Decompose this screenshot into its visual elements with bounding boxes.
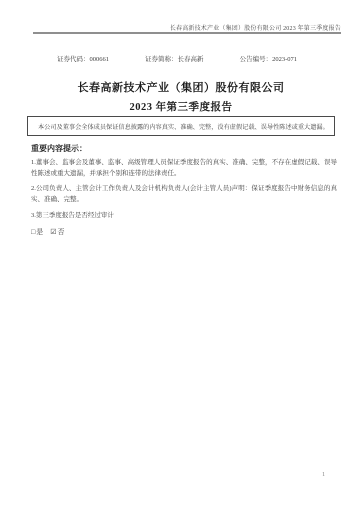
checkbox-checked-icon: ☑ [50,228,56,236]
report-title: 2023 年第三季度报告 [0,99,362,114]
notice-item-1: 1.董事会、监事会及董事、监事、高级管理人员保证季度报告的真实、准确、完整，不存… [31,158,337,179]
declaration-text: 本公司及董事会全体成员保证信息披露的内容真实、准确、完整，没有虚假记载、误导性陈… [38,122,329,131]
running-header: 长春高新技术产业（集团）股份有限公司 2023 年第三季度报告 [170,23,341,32]
notice-item-3: 3.第三季度报告是否经过审计 [31,211,337,222]
company-title: 长春高新技术产业（集团）股份有限公司 [0,79,362,95]
audit-no-label: 否 [58,228,65,236]
stock-code-label: 证券代码：000661 [57,54,109,63]
stock-abbr-label: 证券简称：长春高新 [145,54,204,63]
checkbox-unchecked-icon: □ [31,228,35,236]
important-notice-heading: 重要内容提示： [31,143,87,154]
securities-info-row: 证券代码：000661 证券简称：长春高新 公告编号：2023-071 [33,54,341,63]
audit-yes-option: □是 [31,227,43,237]
report-page: 长春高新技术产业（集团）股份有限公司 2023 年第三季度报告 证券代码：000… [0,0,362,512]
declaration-box: 本公司及董事会全体成员保证信息披露的内容真实、准确、完整，没有虚假记载、误导性陈… [27,116,335,136]
audit-yes-label: 是 [36,228,43,236]
notice-item-2: 2.公司负责人、主管会计工作负责人及会计机构负责人(会计主管人员)声明：保证季度… [31,184,337,205]
audit-options-row: □是 ☑否 [31,227,65,237]
header-rule-divider [33,32,341,34]
announcement-no-label: 公告编号：2023-071 [240,54,297,63]
audit-no-option: ☑否 [50,227,64,237]
page-number: 1 [322,471,325,478]
